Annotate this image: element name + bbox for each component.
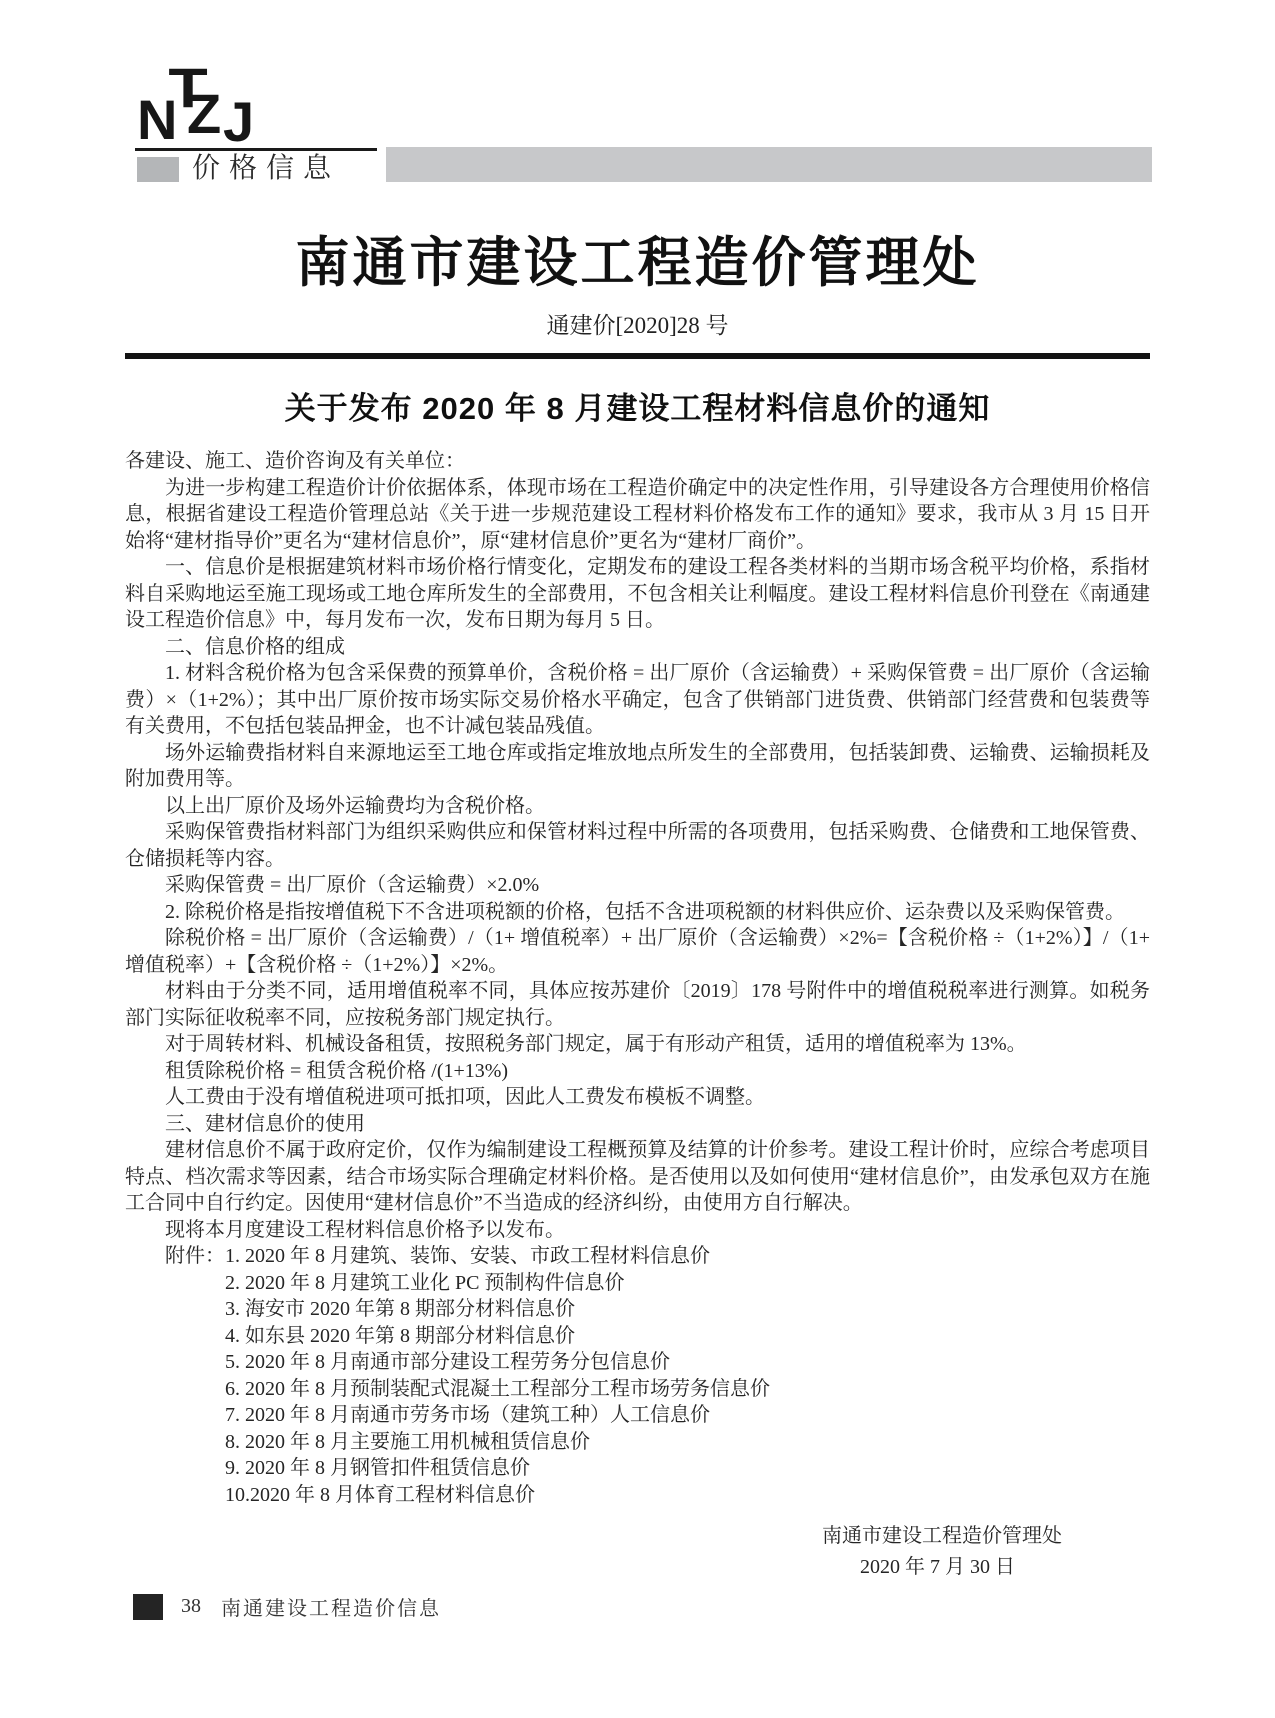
notice-paragraph: 建材信息价不属于政府定价，仅作为编制建设工程概预算及结算的计价参考。建设工程计价… (125, 1137, 1150, 1217)
notice-paragraph: 三、建材信息价的使用 (125, 1111, 1150, 1138)
notice-paragraph: 采购保管费 = 出厂原价（含运输费）×2.0% (125, 872, 1150, 899)
attachment-item: 8. 2020 年 8 月主要施工用机械租赁信息价 (225, 1429, 1150, 1456)
ntzj-logo: N T Z J (137, 64, 267, 152)
notice-paragraph: 一、信息价是根据建筑材料市场价格行情变化，定期发布的建设工程各类材料的当期市场含… (125, 554, 1150, 634)
notice-paragraph: 除税价格 = 出厂原价（含运输费）/（1+ 增值税率）+ 出厂原价（含运输费）×… (125, 925, 1150, 978)
notice-paragraph: 2. 除税价格是指按增值税下不含进项税额的价格，包括不含进项税额的材料供应价、运… (125, 899, 1150, 926)
attachment-item: 1. 2020 年 8 月建筑、装饰、安装、市政工程材料信息价 (225, 1243, 1150, 1270)
notice-paragraph: 材料由于分类不同，适用增值税率不同，具体应按苏建价〔2019〕178 号附件中的… (125, 978, 1150, 1031)
salutation: 各建设、施工、造价咨询及有关单位： (125, 448, 1150, 475)
attachments-block: 附件： 1. 2020 年 8 月建筑、装饰、安装、市政工程材料信息价2. 20… (125, 1243, 1150, 1508)
notice-paragraph: 对于周转材料、机械设备租赁，按照税务部门规定，属于有形动产租赁，适用的增值税率为… (125, 1031, 1150, 1058)
notice-paragraph: 场外运输费指材料自来源地运至工地仓库或指定堆放地点所发生的全部费用，包括装卸费、… (125, 740, 1150, 793)
attachment-item: 9. 2020 年 8 月钢管扣件租赁信息价 (225, 1455, 1150, 1482)
logo-letter-z: Z (187, 86, 221, 142)
notice-paragraphs: 为进一步构建工程造价计价依据体系，体现市场在工程造价确定中的决定性作用，引导建设… (125, 475, 1150, 1244)
signature-org: 南通市建设工程造价管理处 (125, 1523, 1062, 1550)
org-title: 南通市建设工程造价管理处 (125, 220, 1150, 297)
page-footer: 38 南通建设工程造价信息 (133, 1592, 441, 1621)
header-gray-bar (386, 147, 1152, 182)
attachment-item: 5. 2020 年 8 月南通市部分建设工程劳务分包信息价 (225, 1349, 1150, 1376)
notice-body: 关于发布 2020 年 8 月建设工程材料信息价的通知 各建设、施工、造价咨询及… (125, 390, 1150, 1580)
attachment-item: 6. 2020 年 8 月预制装配式混凝土工程部分工程市场劳务信息价 (225, 1376, 1150, 1403)
document-header: 南通市建设工程造价管理处 通建价[2020]28 号 (125, 220, 1150, 359)
footer-page-number: 38 (181, 1595, 201, 1618)
footer-journal-title: 南通建设工程造价信息 (221, 1592, 441, 1621)
brand-label: 价格信息 (192, 146, 340, 186)
attachment-item: 10.2020 年 8 月体育工程材料信息价 (225, 1482, 1150, 1509)
signature-block: 南通市建设工程造价管理处 2020 年 7 月 30 日 (125, 1523, 1150, 1580)
notice-paragraph: 1. 材料含税价格为包含采保费的预算单价，含税价格 = 出厂原价（含运输费）+ … (125, 660, 1150, 740)
notice-paragraph: 采购保管费指材料部门为组织采购供应和保管材料过程中所需的各项费用，包括采购费、仓… (125, 819, 1150, 872)
attachment-item: 2. 2020 年 8 月建筑工业化 PC 预制构件信息价 (225, 1270, 1150, 1297)
signature-date: 2020 年 7 月 30 日 (125, 1554, 1062, 1581)
title-divider-rule (125, 353, 1150, 359)
attachments-list: 1. 2020 年 8 月建筑、装饰、安装、市政工程材料信息价2. 2020 年… (225, 1243, 1150, 1508)
notice-paragraph: 人工费由于没有增值税进项可抵扣项，因此人工费发布模板不调整。 (125, 1084, 1150, 1111)
attachment-item: 4. 如东县 2020 年第 8 期部分材料信息价 (225, 1323, 1150, 1350)
logo-letter-j: J (223, 94, 254, 150)
attachments-label: 附件： (165, 1243, 225, 1270)
attachment-item: 7. 2020 年 8 月南通市劳务市场（建筑工种）人工信息价 (225, 1402, 1150, 1429)
notice-paragraph: 二、信息价格的组成 (125, 634, 1150, 661)
notice-paragraph: 为进一步构建工程造价计价依据体系，体现市场在工程造价确定中的决定性作用，引导建设… (125, 475, 1150, 555)
footer-black-square (133, 1594, 163, 1620)
brand-gray-square (137, 157, 179, 182)
notice-paragraph: 以上出厂原价及场外运输费均为含税价格。 (125, 793, 1150, 820)
attachment-item: 3. 海安市 2020 年第 8 期部分材料信息价 (225, 1296, 1150, 1323)
page: N T Z J 价格信息 南通市建设工程造价管理处 通建价[2020]28 号 … (0, 0, 1275, 1718)
notice-paragraph: 租赁除税价格 = 租赁含税价格 /(1+13%) (125, 1058, 1150, 1085)
notice-title: 关于发布 2020 年 8 月建设工程材料信息价的通知 (125, 390, 1150, 428)
notice-paragraph: 现将本月度建设工程材料信息价格予以发布。 (125, 1217, 1150, 1244)
doc-number: 通建价[2020]28 号 (125, 307, 1150, 340)
